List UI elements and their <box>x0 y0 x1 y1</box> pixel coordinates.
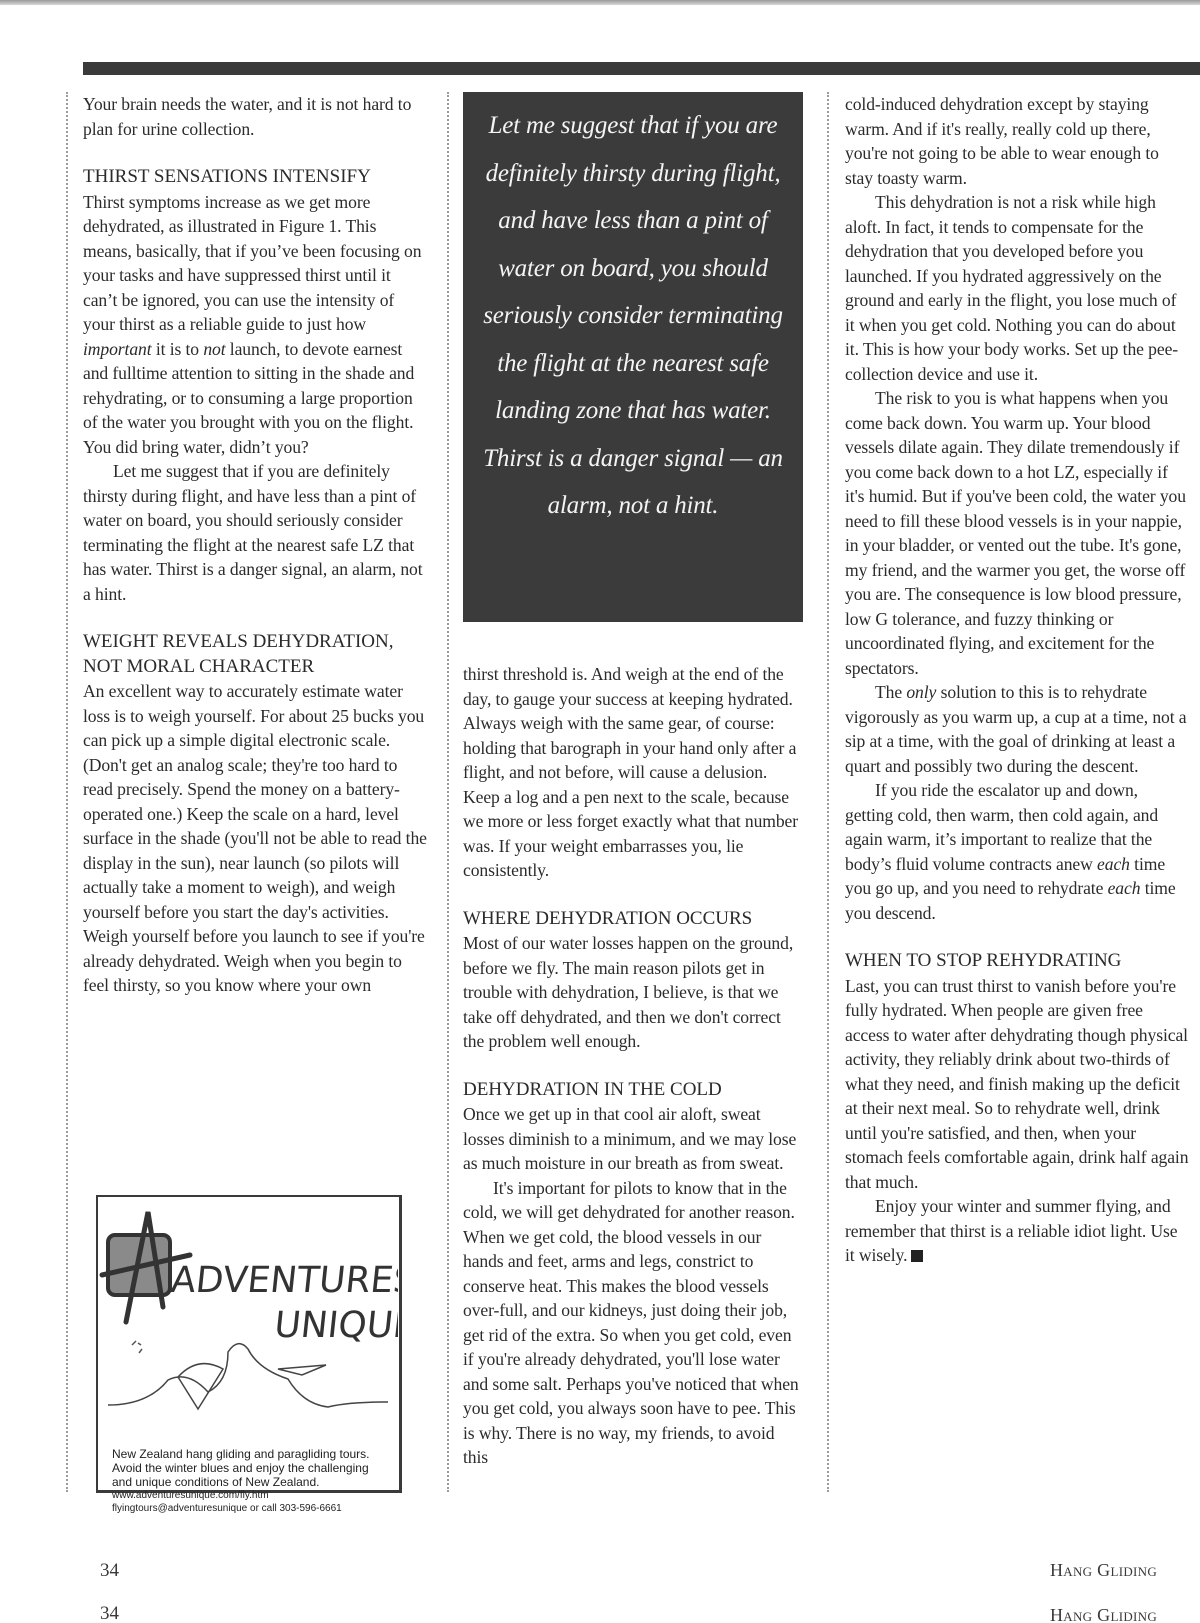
body-paragraph: It's important for pilots to know that i… <box>463 1176 803 1470</box>
header-bar <box>83 62 1200 75</box>
pull-quote-line: and have less than a pint of <box>471 197 795 245</box>
running-footer-title-duplicate: Hang Gliding <box>1050 1605 1157 1623</box>
text-span: The <box>875 682 906 702</box>
pull-quote-line: alarm, not a hint. <box>471 482 795 530</box>
advertisement-adventures-unique: ADVENTURES UNIQUE New Zealand hang glidi… <box>96 1195 402 1493</box>
body-paragraph: If you ride the escalator up and down, g… <box>845 778 1190 925</box>
emphasis: only <box>906 682 936 702</box>
section-heading: THIRST SENSATIONS INTENSIFY <box>83 165 428 190</box>
pull-quote-line: seriously consider terminating <box>471 292 795 340</box>
pull-quote: Let me suggest that if you are definitel… <box>463 92 803 622</box>
page-number-duplicate: 34 <box>100 1603 119 1623</box>
ad-copy-line: New Zealand hang gliding and paragliding… <box>112 1447 397 1461</box>
section-heading: DEHYDRATION IN THE COLD <box>463 1078 803 1103</box>
advertisement-copy: New Zealand hang gliding and paragliding… <box>112 1447 397 1515</box>
adventures-unique-logo-icon: ADVENTURES UNIQUE <box>98 1197 398 1412</box>
pull-quote-line: definitely thirsty during flight, <box>471 150 795 198</box>
text-span: Enjoy your winter and summer flying, and… <box>845 1196 1178 1265</box>
column-rule-left <box>66 92 68 1492</box>
column-rule-1 <box>447 92 449 1492</box>
svg-text:ADVENTURES: ADVENTURES <box>169 1259 398 1301</box>
pull-quote-line: the flight at the nearest safe <box>471 340 795 388</box>
body-paragraph: Thirst symptoms increase as we get more … <box>83 190 428 460</box>
body-paragraph: Enjoy your winter and summer flying, and… <box>845 1194 1190 1268</box>
column-1: Your brain needs the water, and it is no… <box>83 92 428 998</box>
body-paragraph: Most of our water losses happen on the g… <box>463 931 803 1054</box>
ad-url-link[interactable]: www.adventuresunique.com/fly.htm <box>112 1489 397 1502</box>
ad-copy-line: and unique conditions of New Zealand. <box>112 1475 397 1489</box>
body-paragraph: Once we get up in that cool air aloft, s… <box>463 1102 803 1176</box>
pull-quote-line: landing zone that has water. <box>471 387 795 435</box>
pull-quote-line: Thirst is a danger signal — an <box>471 435 795 483</box>
scan-top-edge <box>0 0 1200 5</box>
section-heading: WEIGHT REVEALS DEHYDRATION, NOT MORAL CH… <box>83 630 428 679</box>
svg-text:UNIQUE: UNIQUE <box>272 1304 398 1346</box>
body-paragraph: cold-induced dehydration except by stayi… <box>845 92 1190 190</box>
page-number: 34 <box>100 1560 119 1582</box>
column-3: cold-induced dehydration except by stayi… <box>845 92 1190 1268</box>
column-2: Let me suggest that if you are definitel… <box>463 92 803 1470</box>
pull-quote-line: Let me suggest that if you are <box>471 102 795 150</box>
ad-contact: flyingtours@adventuresunique or call 303… <box>112 1502 397 1515</box>
body-paragraph: An excellent way to accurately estimate … <box>83 679 428 998</box>
pull-quote-line: water on board, you should <box>471 245 795 293</box>
column-rule-2 <box>827 92 829 1492</box>
body-paragraph: Let me suggest that if you are definitel… <box>83 459 428 606</box>
body-paragraph: thirst threshold is. And weigh at the en… <box>463 662 803 883</box>
section-heading: WHEN TO STOP REHYDRATING <box>845 949 1190 974</box>
running-footer-title: Hang Gliding <box>1050 1560 1157 1581</box>
section-heading: WHERE DEHYDRATION OCCURS <box>463 907 803 932</box>
body-paragraph: The only solution to this is to rehydrat… <box>845 680 1190 778</box>
end-of-article-square-icon <box>911 1250 923 1262</box>
body-paragraph: Last, you can trust thirst to vanish bef… <box>845 974 1190 1195</box>
body-paragraph: This dehydration is not a risk while hig… <box>845 190 1190 386</box>
body-paragraph: The risk to you is what happens when you… <box>845 386 1190 680</box>
intro-paragraph: Your brain needs the water, and it is no… <box>83 92 428 141</box>
ad-copy-line: Avoid the winter blues and enjoy the cha… <box>112 1461 397 1475</box>
